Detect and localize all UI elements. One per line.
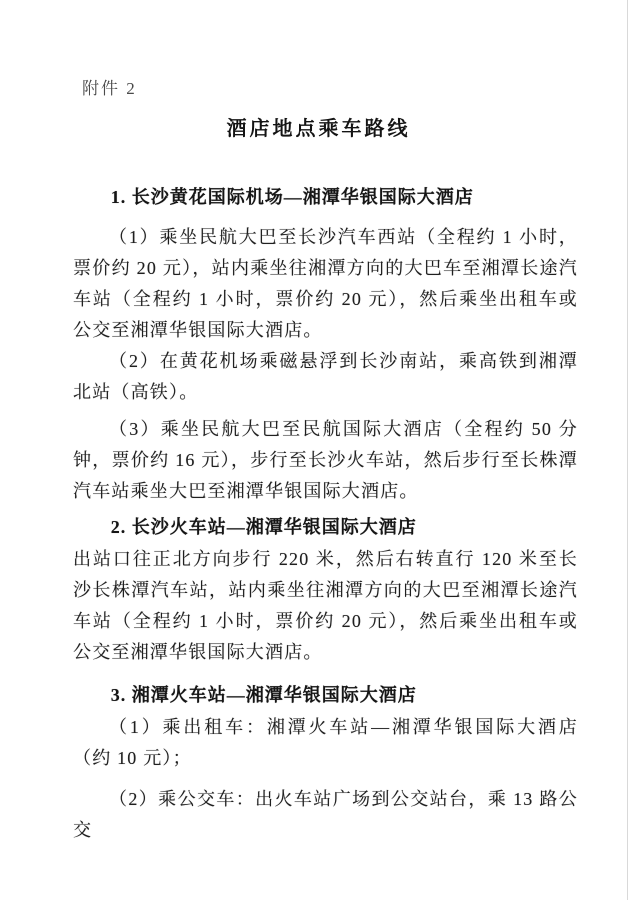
section-3-heading: 3. 湘潭火车站—湘潭华银国际大酒店	[73, 680, 578, 711]
section-3-paragraph-1: （1）乘出租车：湘潭火车站—湘潭华银国际大酒店（约 10 元）；	[73, 712, 578, 774]
section-2-paragraph-1: 出站口往正北方向步行 220 米，然后右转直行 120 米至长沙长株潭汽车站，站…	[73, 544, 578, 668]
section-1-paragraph-3: （3）乘坐民航大巴至民航国际大酒店（全程约 50 分钟，票价约 16 元），步行…	[73, 414, 578, 507]
page-title: 酒店地点乘车路线	[0, 112, 637, 141]
document-page: 附件 2 酒店地点乘车路线 1. 长沙黄花国际机场—湘潭华银国际大酒店 （1）乘…	[0, 0, 637, 900]
section-3-paragraph-2: （2）乘公交车：出火车站广场到公交站台，乘 13 路公交	[73, 784, 578, 846]
section-1-paragraph-2: （2）在黄花机场乘磁悬浮到长沙南站，乘高铁到湘潭北站（高铁）。	[73, 346, 578, 408]
section-2-heading: 2. 长沙火车站—湘潭华银国际大酒店	[73, 512, 578, 543]
attachment-label: 附件 2	[82, 74, 137, 99]
document-body: 1. 长沙黄花国际机场—湘潭华银国际大酒店 （1）乘坐民航大巴至长沙汽车西站（全…	[73, 182, 578, 846]
section-1-paragraph-1: （1）乘坐民航大巴至长沙汽车西站（全程约 1 小时，票价约 20 元），站内乘坐…	[73, 222, 578, 346]
section-1-heading: 1. 长沙黄花国际机场—湘潭华银国际大酒店	[73, 182, 578, 213]
